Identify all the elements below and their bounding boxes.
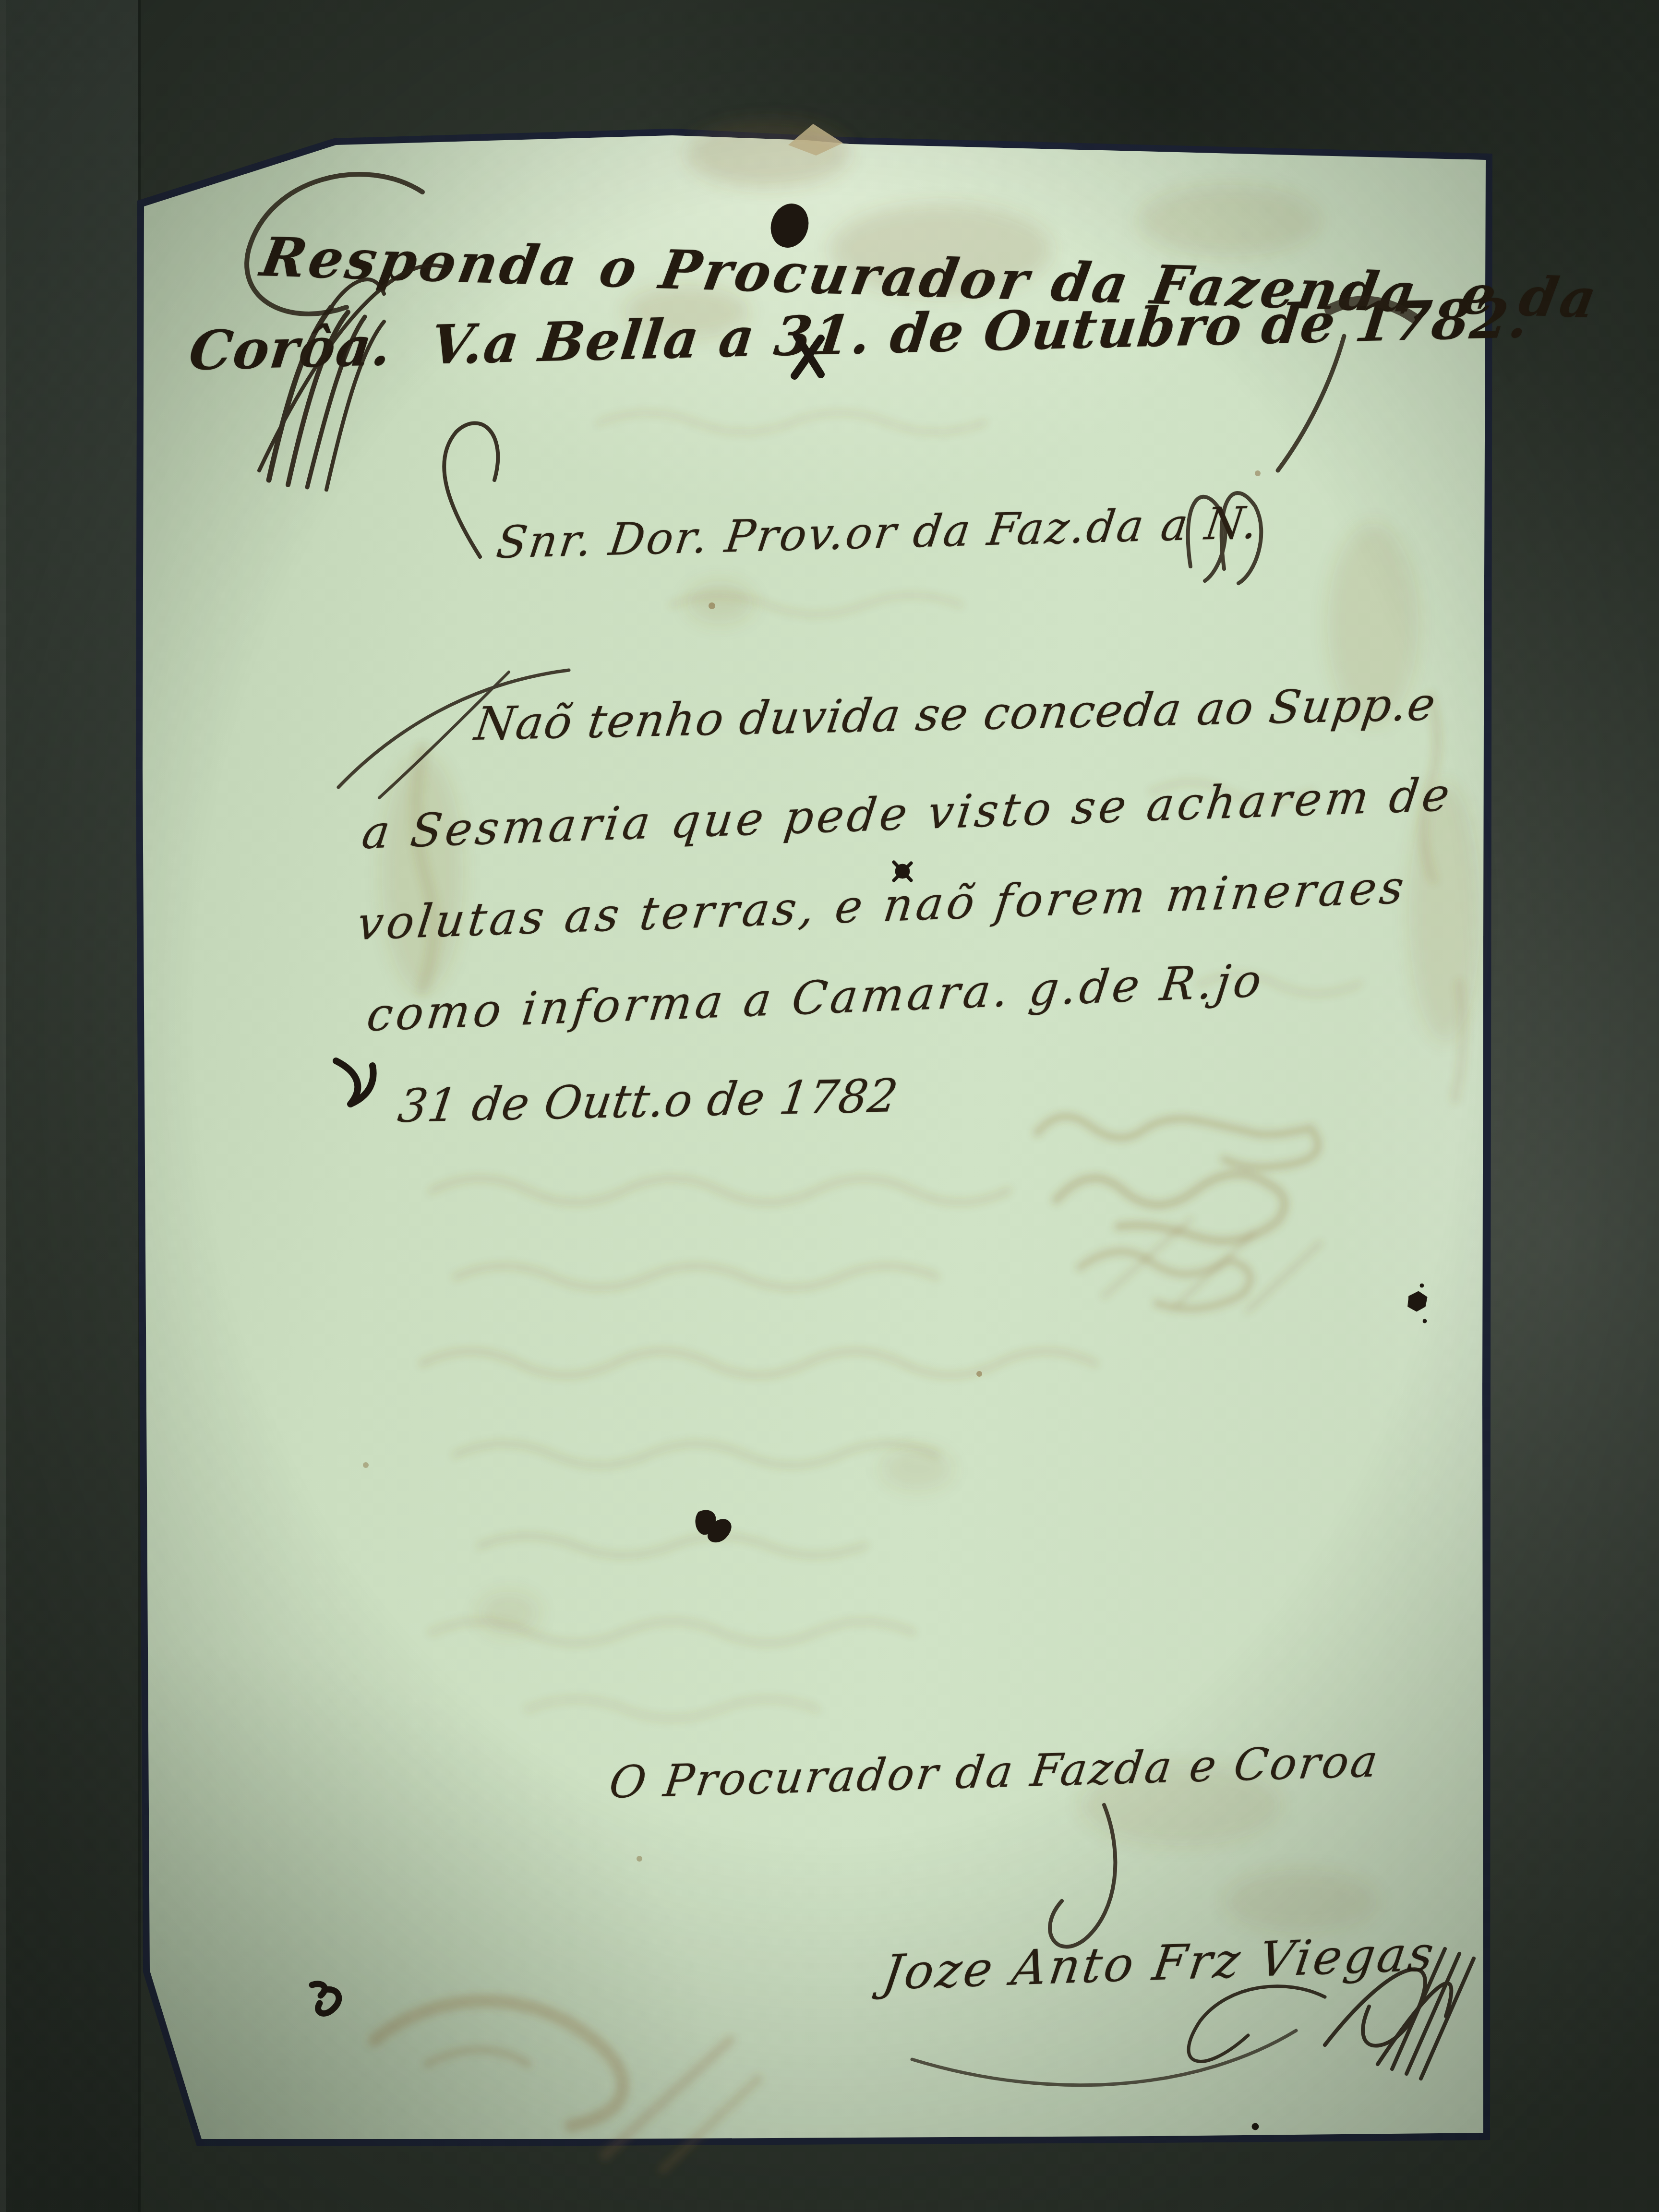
photo-vignette [0, 0, 1659, 2212]
signature-line: Joze Anto Frz Viegas [880, 1930, 1439, 1997]
signature-rubric-flourish [912, 1949, 1474, 2085]
ink-blot-margin-zigzag [336, 1061, 373, 1104]
manuscript-paper [0, 0, 1659, 2212]
salutation-flourish [1188, 493, 1262, 583]
ink-blots [312, 199, 1427, 2130]
closing-line: O Procurador da Fazda e Coroa [607, 1739, 1382, 1805]
dark-background [0, 0, 1659, 2212]
rust-specks [363, 470, 1261, 1862]
ink-blot-heading [766, 199, 814, 252]
body-line-4: como informa a Camara. g.de R.jo [364, 958, 1267, 1038]
body-line-2: a Sesmaria que pede visto se acharem de [360, 772, 1455, 856]
gutter-fold-line [138, 0, 141, 2212]
ghost-writing [416, 413, 1463, 1719]
paper-edge-shadow [0, 0, 1659, 2212]
body-line-3: volutas as terras, e naõ forem mineraes [355, 865, 1409, 947]
ink-blot-bottom-left [312, 1984, 339, 2014]
foxing-stains [382, 120, 1481, 1932]
ink-blot-small-star [895, 864, 910, 878]
background-edge-highlight [0, 0, 6, 2212]
binding-gutter-band [0, 0, 139, 2212]
body-line-5: 31 de Outt.o de 1782 [395, 1073, 901, 1130]
photographed-manuscript-page: Responda o Procurador da Fazenda, e da C… [0, 0, 1659, 2212]
salutation-line: Snr. Dor. Prov.or da Faz.da a N. [494, 501, 1262, 565]
heading-line-2: Corôa. V.a Bella a 31. de Outubro de 178… [187, 292, 1532, 379]
ink-dot-bottom [1252, 2123, 1259, 2130]
body-initial-swash [338, 670, 569, 798]
paper-aging-layer [0, 0, 1659, 2212]
pen-scribble-flourish [259, 265, 498, 557]
closing-descender-flourish [1050, 1805, 1115, 1947]
torn-flap [788, 124, 843, 156]
manuscript-text: Responda o Procurador da Fazenda, e da C… [0, 0, 1659, 2212]
ink-blot-right-margin [1408, 1291, 1427, 1311]
heading-line-1: Responda o Procurador da Fazenda, e da [257, 230, 1603, 326]
body-line-1: Naõ tenho duvida se conceda ao Supp.e [472, 682, 1439, 747]
ink-decoration-layer [0, 0, 1659, 2212]
heading-initial-swash [247, 174, 1414, 470]
ink-blot-x-mark [794, 336, 821, 376]
bottom-left-stain [374, 2001, 758, 2170]
ink-blot-bird-mark [696, 1510, 731, 1542]
